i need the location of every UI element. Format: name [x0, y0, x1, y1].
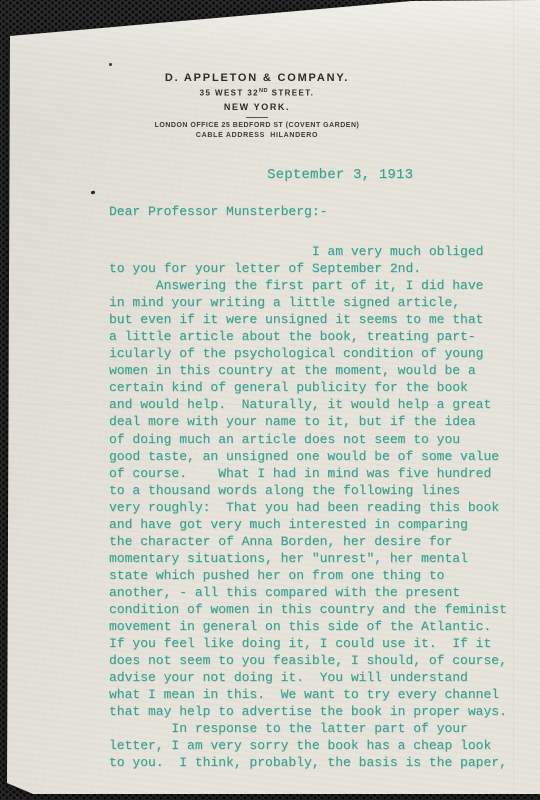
- street-text: 35 WEST 32: [200, 89, 259, 98]
- letter-paper: D. APPLETON & COMPANY. 35 WEST 32ND STRE…: [0, 0, 540, 800]
- letterhead: D. APPLETON & COMPANY. 35 WEST 32ND STRE…: [0, 72, 514, 139]
- letter-line: does not seem to you feasible, I should,…: [109, 652, 529, 669]
- letter-line: of course. What I had in mind was five h…: [109, 465, 529, 482]
- letter-line: a little article about the book, treatin…: [109, 328, 529, 345]
- letter-line: and have got very much interested in com…: [109, 516, 529, 533]
- letter-line: but even if it were unsigned it seems to…: [109, 311, 529, 328]
- ink-speck: [91, 191, 96, 195]
- letter-line: certain kind of general publicity for th…: [109, 379, 529, 396]
- letterhead-london-office: LONDON OFFICE 25 BEDFORD ST (COVENT GARD…: [0, 122, 514, 129]
- letterhead-cable-address: CABLE ADDRESS HILANDERO: [0, 132, 514, 139]
- letter-paper-shadow: D. APPLETON & COMPANY. 35 WEST 32ND STRE…: [0, 0, 540, 800]
- letter-line: to you. I think, probably, the basis is …: [109, 754, 529, 771]
- letter-line: In response to the latter part of your: [109, 720, 529, 737]
- letter-line: icularly of the psychological condition …: [109, 345, 529, 362]
- letter-line: that may help to advertise the book in p…: [109, 703, 529, 720]
- letterhead-street-address: 35 WEST 32ND STREET.: [0, 88, 514, 98]
- vertical-fold-crease: [513, 0, 515, 800]
- ink-speck: [109, 63, 112, 66]
- letter-date: September 3, 1913: [267, 167, 413, 183]
- letter-line: women in this country at the moment, wou…: [109, 362, 529, 379]
- letter-line: to you for your letter of September 2nd.: [109, 260, 529, 277]
- letter-line: in mind your writing a little signed art…: [109, 294, 529, 311]
- letter-line: another, - all this compared with the pr…: [109, 584, 529, 601]
- letter-line: If you feel like doing it, I could use i…: [109, 635, 529, 652]
- letter-line: the character of Anna Borden, her desire…: [109, 533, 529, 550]
- letterhead-divider-rule: [246, 117, 268, 118]
- letter-line: of doing much an article does not seem t…: [109, 431, 529, 448]
- letter-body: I am very much obligedto you for your le…: [109, 243, 529, 771]
- letter-line: state which pushed her on from one thing…: [109, 567, 529, 584]
- letter-line: what I mean in this. We want to try ever…: [109, 686, 529, 703]
- letter-line: deal more with your name to it, but if t…: [109, 413, 529, 430]
- letter-line: very roughly: That you had been reading …: [109, 499, 529, 516]
- letter-line: I am very much obliged: [109, 243, 529, 260]
- letter-line: advise your not doing it. You will under…: [109, 669, 529, 686]
- letter-line: momentary situations, her "unrest", her …: [109, 550, 529, 567]
- street-suffix: STREET.: [268, 89, 314, 98]
- photo-background: D. APPLETON & COMPANY. 35 WEST 32ND STRE…: [0, 0, 540, 800]
- letter-salutation: Dear Professor Munsterberg:-: [109, 204, 327, 219]
- letter-line: condition of women in this country and t…: [109, 601, 529, 618]
- letter-line: good taste, an unsigned one would be of …: [109, 448, 529, 465]
- letterhead-company-name: D. APPLETON & COMPANY.: [0, 72, 514, 84]
- letter-line: letter, I am very sorry the book has a c…: [109, 737, 529, 754]
- letter-line: to a thousand words along the following …: [109, 482, 529, 499]
- letter-line: movement in general on this side of the …: [109, 618, 529, 635]
- horizontal-fold-crease: [8, 404, 540, 406]
- street-ordinal-superscript: ND: [259, 88, 268, 94]
- letter-line: Answering the first part of it, I did ha…: [109, 277, 529, 294]
- letterhead-city: NEW YORK.: [0, 102, 514, 112]
